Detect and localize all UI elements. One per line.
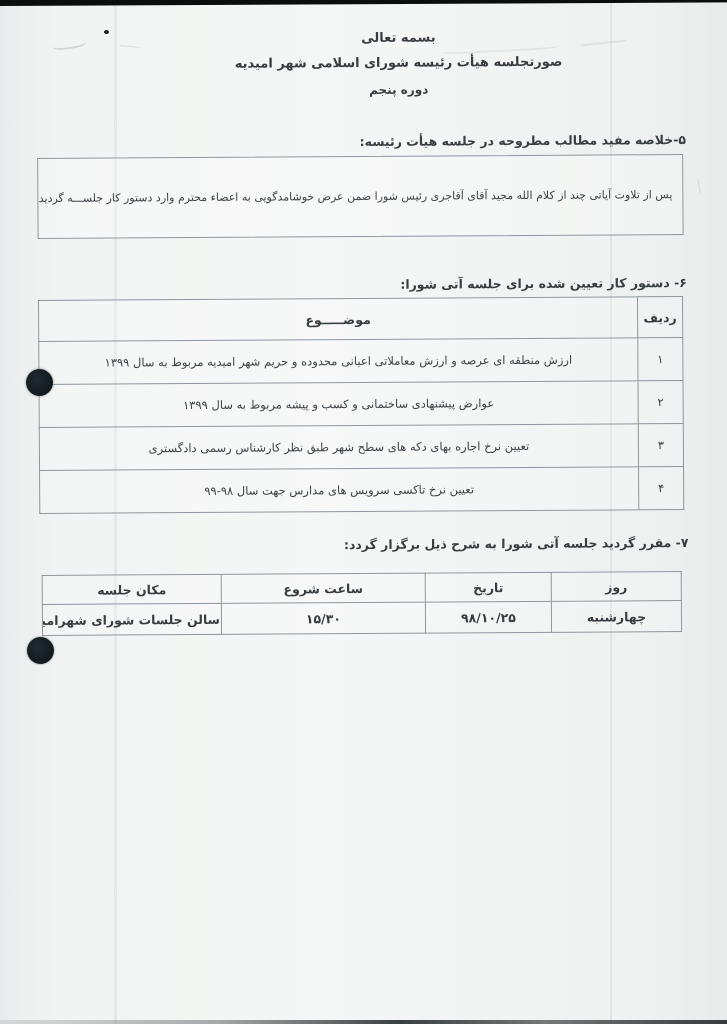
section-6-heading: ۶- دستور کار تعیین شده برای جلسه آتی شور… — [400, 275, 687, 292]
schedule-header-row: روز تاریخ ساعت شروع مکان جلسه — [42, 572, 681, 605]
table-row: ۲ عوارض پیشنهادی ساختمانی و کسب و پیشه م… — [39, 381, 683, 428]
agenda-col-rowno: ردیف — [637, 297, 682, 338]
document-title: صورتجلسه هیأت رئیسه شورای اسلامی شهر امی… — [72, 54, 726, 73]
agenda-row-subject: ارزش منطقه ای عرصه و ارزش معاملاتی اعیان… — [39, 338, 638, 385]
scan-bottom-edge — [0, 1020, 727, 1024]
agenda-table: ردیف موضـــــوع ۱ ارزش منطقه ای عرصه و ا… — [38, 296, 684, 514]
agenda-row-subject: عوارض پیشنهادی ساختمانی و کسب و پیشه مرب… — [39, 381, 638, 428]
schedule-value-date: ۹۸/۱۰/۲۵ — [425, 601, 551, 633]
schedule-table: روز تاریخ ساعت شروع مکان جلسه چهارشنبه ۹… — [42, 571, 682, 636]
summary-text: پس از تلاوت آیاتی چند از کلام الله مجید … — [38, 188, 682, 205]
schedule-value-row: چهارشنبه ۹۸/۱۰/۲۵ ۱۵/۳۰ سالن جلسات شورای… — [42, 601, 681, 636]
agenda-row-number: ۲ — [638, 381, 683, 424]
document-period: دوره پنجم — [72, 81, 726, 99]
schedule-col-location: مکان جلسه — [42, 574, 221, 604]
agenda-row-subject: تعیین نرخ تاکسی سرویس های مدارس جهت سال … — [40, 467, 639, 514]
schedule-value-location: سالن جلسات شورای شهرامیدیه — [42, 603, 221, 635]
document-content: بسمه تعالی صورتجلسه هیأت رئیسه شورای اسل… — [0, 0, 727, 1024]
punch-hole-bottom — [27, 637, 54, 664]
agenda-header-row: ردیف موضـــــوع — [38, 297, 682, 342]
punch-hole-top — [26, 369, 53, 396]
bismillah-text: بسمه تعالی — [71, 29, 725, 48]
schedule-col-start-time: ساعت شروع — [221, 573, 425, 603]
schedule-value-day: چهارشنبه — [551, 601, 681, 633]
summary-box: پس از تلاوت آیاتی چند از کلام الله مجید … — [37, 154, 683, 239]
table-row: ۱ ارزش منطقه ای عرصه و ارزش معاملاتی اعی… — [39, 338, 683, 385]
agenda-row-subject: تعیین نرخ اجاره بهای دکه های سطح شهر طبق… — [39, 424, 638, 471]
schedule-col-date: تاریخ — [425, 572, 551, 602]
agenda-row-number: ۱ — [638, 338, 683, 381]
agenda-row-number: ۴ — [639, 467, 684, 510]
table-row: ۳ تعیین نرخ اجاره بهای دکه های سطح شهر ط… — [39, 424, 683, 471]
agenda-row-number: ۳ — [638, 424, 683, 467]
table-row: ۴ تعیین نرخ تاکسی سرویس های مدارس جهت سا… — [40, 467, 684, 514]
agenda-col-subject: موضـــــوع — [38, 297, 637, 342]
scanned-document-page: بسمه تعالی صورتجلسه هیأت رئیسه شورای اسل… — [0, 0, 727, 1024]
section-7-heading: ۷- مقرر گردید جلسه آتی شورا به شرح ذیل ب… — [344, 535, 689, 552]
section-5-heading: ۵-خلاصه مفید مطالب مطروحه در جلسه هیأت ر… — [360, 132, 687, 149]
schedule-value-start-time: ۱۵/۳۰ — [221, 602, 425, 634]
schedule-col-day: روز — [551, 572, 681, 602]
